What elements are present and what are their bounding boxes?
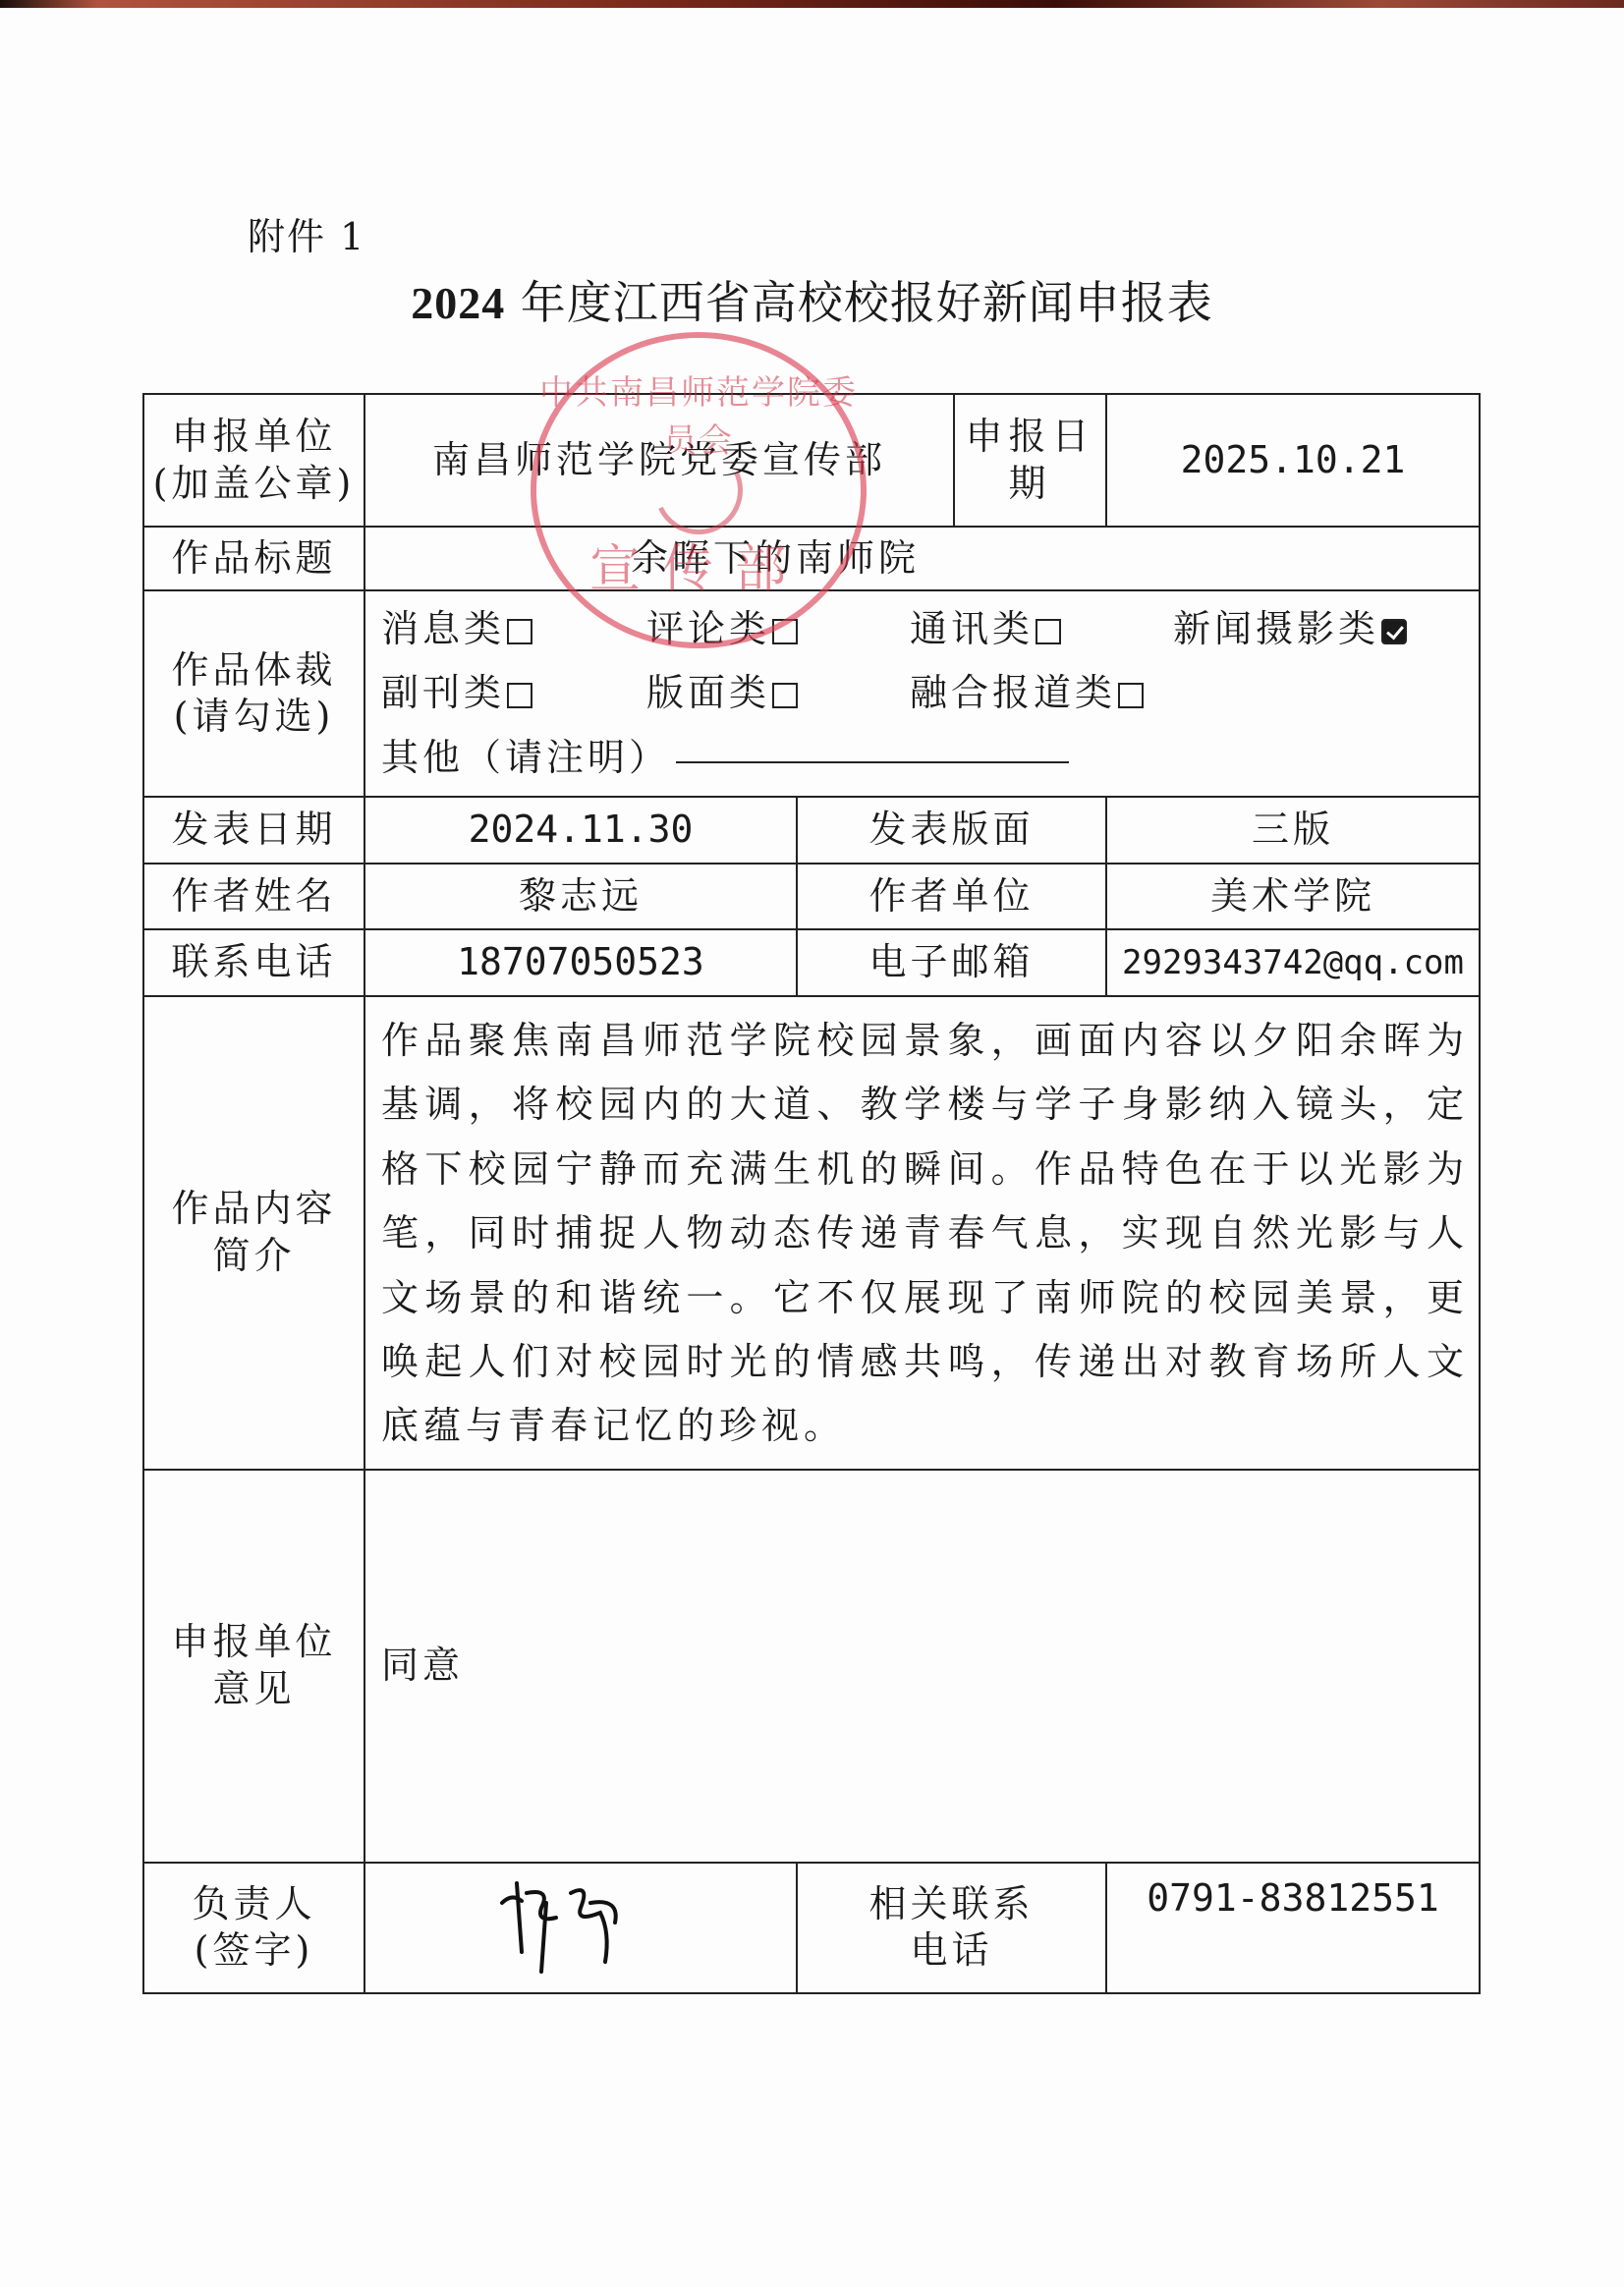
title-year: 2024 — [411, 278, 505, 328]
genre-option-layout[interactable]: 版面类 — [646, 661, 910, 725]
genre-other-input[interactable] — [676, 726, 1069, 763]
checkbox-icon[interactable] — [772, 619, 798, 644]
value-work-title[interactable]: 余晖下的南师院 — [364, 527, 1480, 590]
application-form-table: 申报单位(加盖公章) 南昌师范学院党委宣传部 申报日期 2025.10.21 作… — [142, 393, 1481, 1994]
label-phone: 联系电话 — [143, 929, 364, 996]
value-publish-date[interactable]: 2024.11.30 — [364, 797, 797, 864]
checkbox-checked-icon[interactable] — [1381, 619, 1407, 644]
genre-option-news[interactable]: 消息类 — [381, 597, 646, 661]
checkbox-icon[interactable] — [507, 683, 532, 708]
attachment-label: 附件 1 — [248, 206, 365, 260]
checkbox-icon[interactable] — [1118, 683, 1144, 708]
value-phone[interactable]: 18707050523 — [364, 929, 797, 996]
photo-edge-band — [0, 0, 1624, 8]
row-summary: 作品内容简介 作品聚焦南昌师范学院校园景象，画面内容以夕阳余晖为基调，将校园内的… — [143, 996, 1480, 1470]
genre-option-commentary[interactable]: 评论类 — [646, 597, 910, 661]
label-genre: 作品体裁(请勾选) — [143, 590, 364, 797]
row-author: 作者姓名 黎志远 作者单位 美术学院 — [143, 864, 1480, 929]
value-apply-date[interactable]: 2025.10.21 — [1106, 394, 1480, 527]
checkbox-icon[interactable] — [1036, 619, 1061, 644]
genre-options: 消息类 评论类 通讯类 新闻摄影类 副刊类 版面类 融合报道类 其他（请注明） — [364, 590, 1480, 797]
genre-other-label: 其他（请注明） — [381, 726, 670, 790]
row-responsible: 负责人(签字) 相关联系电话 0791-83812551 — [143, 1863, 1480, 1994]
label-author-name: 作者姓名 — [143, 864, 364, 929]
row-contact: 联系电话 18707050523 电子邮箱 2929343742@qq.com — [143, 929, 1480, 996]
page-title: 2024 年度江西省高校校报好新闻申报表 — [0, 267, 1624, 332]
genre-option-report[interactable]: 通讯类 — [910, 597, 1173, 661]
label-apply-date: 申报日期 — [954, 394, 1106, 527]
row-opinion: 申报单位意见 同意 — [143, 1470, 1480, 1863]
label-unit: 申报单位(加盖公章) — [143, 394, 364, 527]
row-unit: 申报单位(加盖公章) 南昌师范学院党委宣传部 申报日期 2025.10.21 — [143, 394, 1480, 527]
value-author-name[interactable]: 黎志远 — [364, 864, 797, 929]
value-email[interactable]: 2929343742@qq.com — [1106, 929, 1480, 996]
row-publish: 发表日期 2024.11.30 发表版面 三版 — [143, 797, 1480, 864]
genre-option-photojournalism[interactable]: 新闻摄影类 — [1173, 597, 1407, 661]
label-publish-page: 发表版面 — [797, 797, 1106, 864]
signature-icon — [482, 1864, 679, 1981]
genre-option-supplement[interactable]: 副刊类 — [381, 661, 646, 725]
genre-option-media-fusion[interactable]: 融合报道类 — [910, 661, 1144, 725]
label-responsible: 负责人(签字) — [143, 1863, 364, 1994]
label-email: 电子邮箱 — [797, 929, 1106, 996]
label-author-unit: 作者单位 — [797, 864, 1106, 929]
value-summary[interactable]: 作品聚焦南昌师范学院校园景象，画面内容以夕阳余晖为基调，将校园内的大道、教学楼与… — [364, 996, 1480, 1470]
row-work-title: 作品标题 余晖下的南师院 — [143, 527, 1480, 590]
value-related-phone[interactable]: 0791-83812551 — [1106, 1863, 1480, 1994]
label-related-phone: 相关联系电话 — [797, 1863, 1106, 1994]
signature-cell[interactable] — [364, 1863, 797, 1994]
row-genre: 作品体裁(请勾选) 消息类 评论类 通讯类 新闻摄影类 副刊类 版面类 融合报道… — [143, 590, 1480, 797]
value-author-unit[interactable]: 美术学院 — [1106, 864, 1480, 929]
value-opinion[interactable]: 同意 — [364, 1470, 1480, 1863]
label-publish-date: 发表日期 — [143, 797, 364, 864]
title-text: 年度江西省高校校报好新闻申报表 — [505, 276, 1213, 329]
checkbox-icon[interactable] — [507, 619, 532, 644]
checkbox-icon[interactable] — [772, 683, 798, 708]
value-publish-page[interactable]: 三版 — [1106, 797, 1480, 864]
label-summary: 作品内容简介 — [143, 996, 364, 1470]
value-unit[interactable]: 南昌师范学院党委宣传部 — [364, 394, 954, 527]
label-work-title: 作品标题 — [143, 527, 364, 590]
label-opinion: 申报单位意见 — [143, 1470, 364, 1863]
